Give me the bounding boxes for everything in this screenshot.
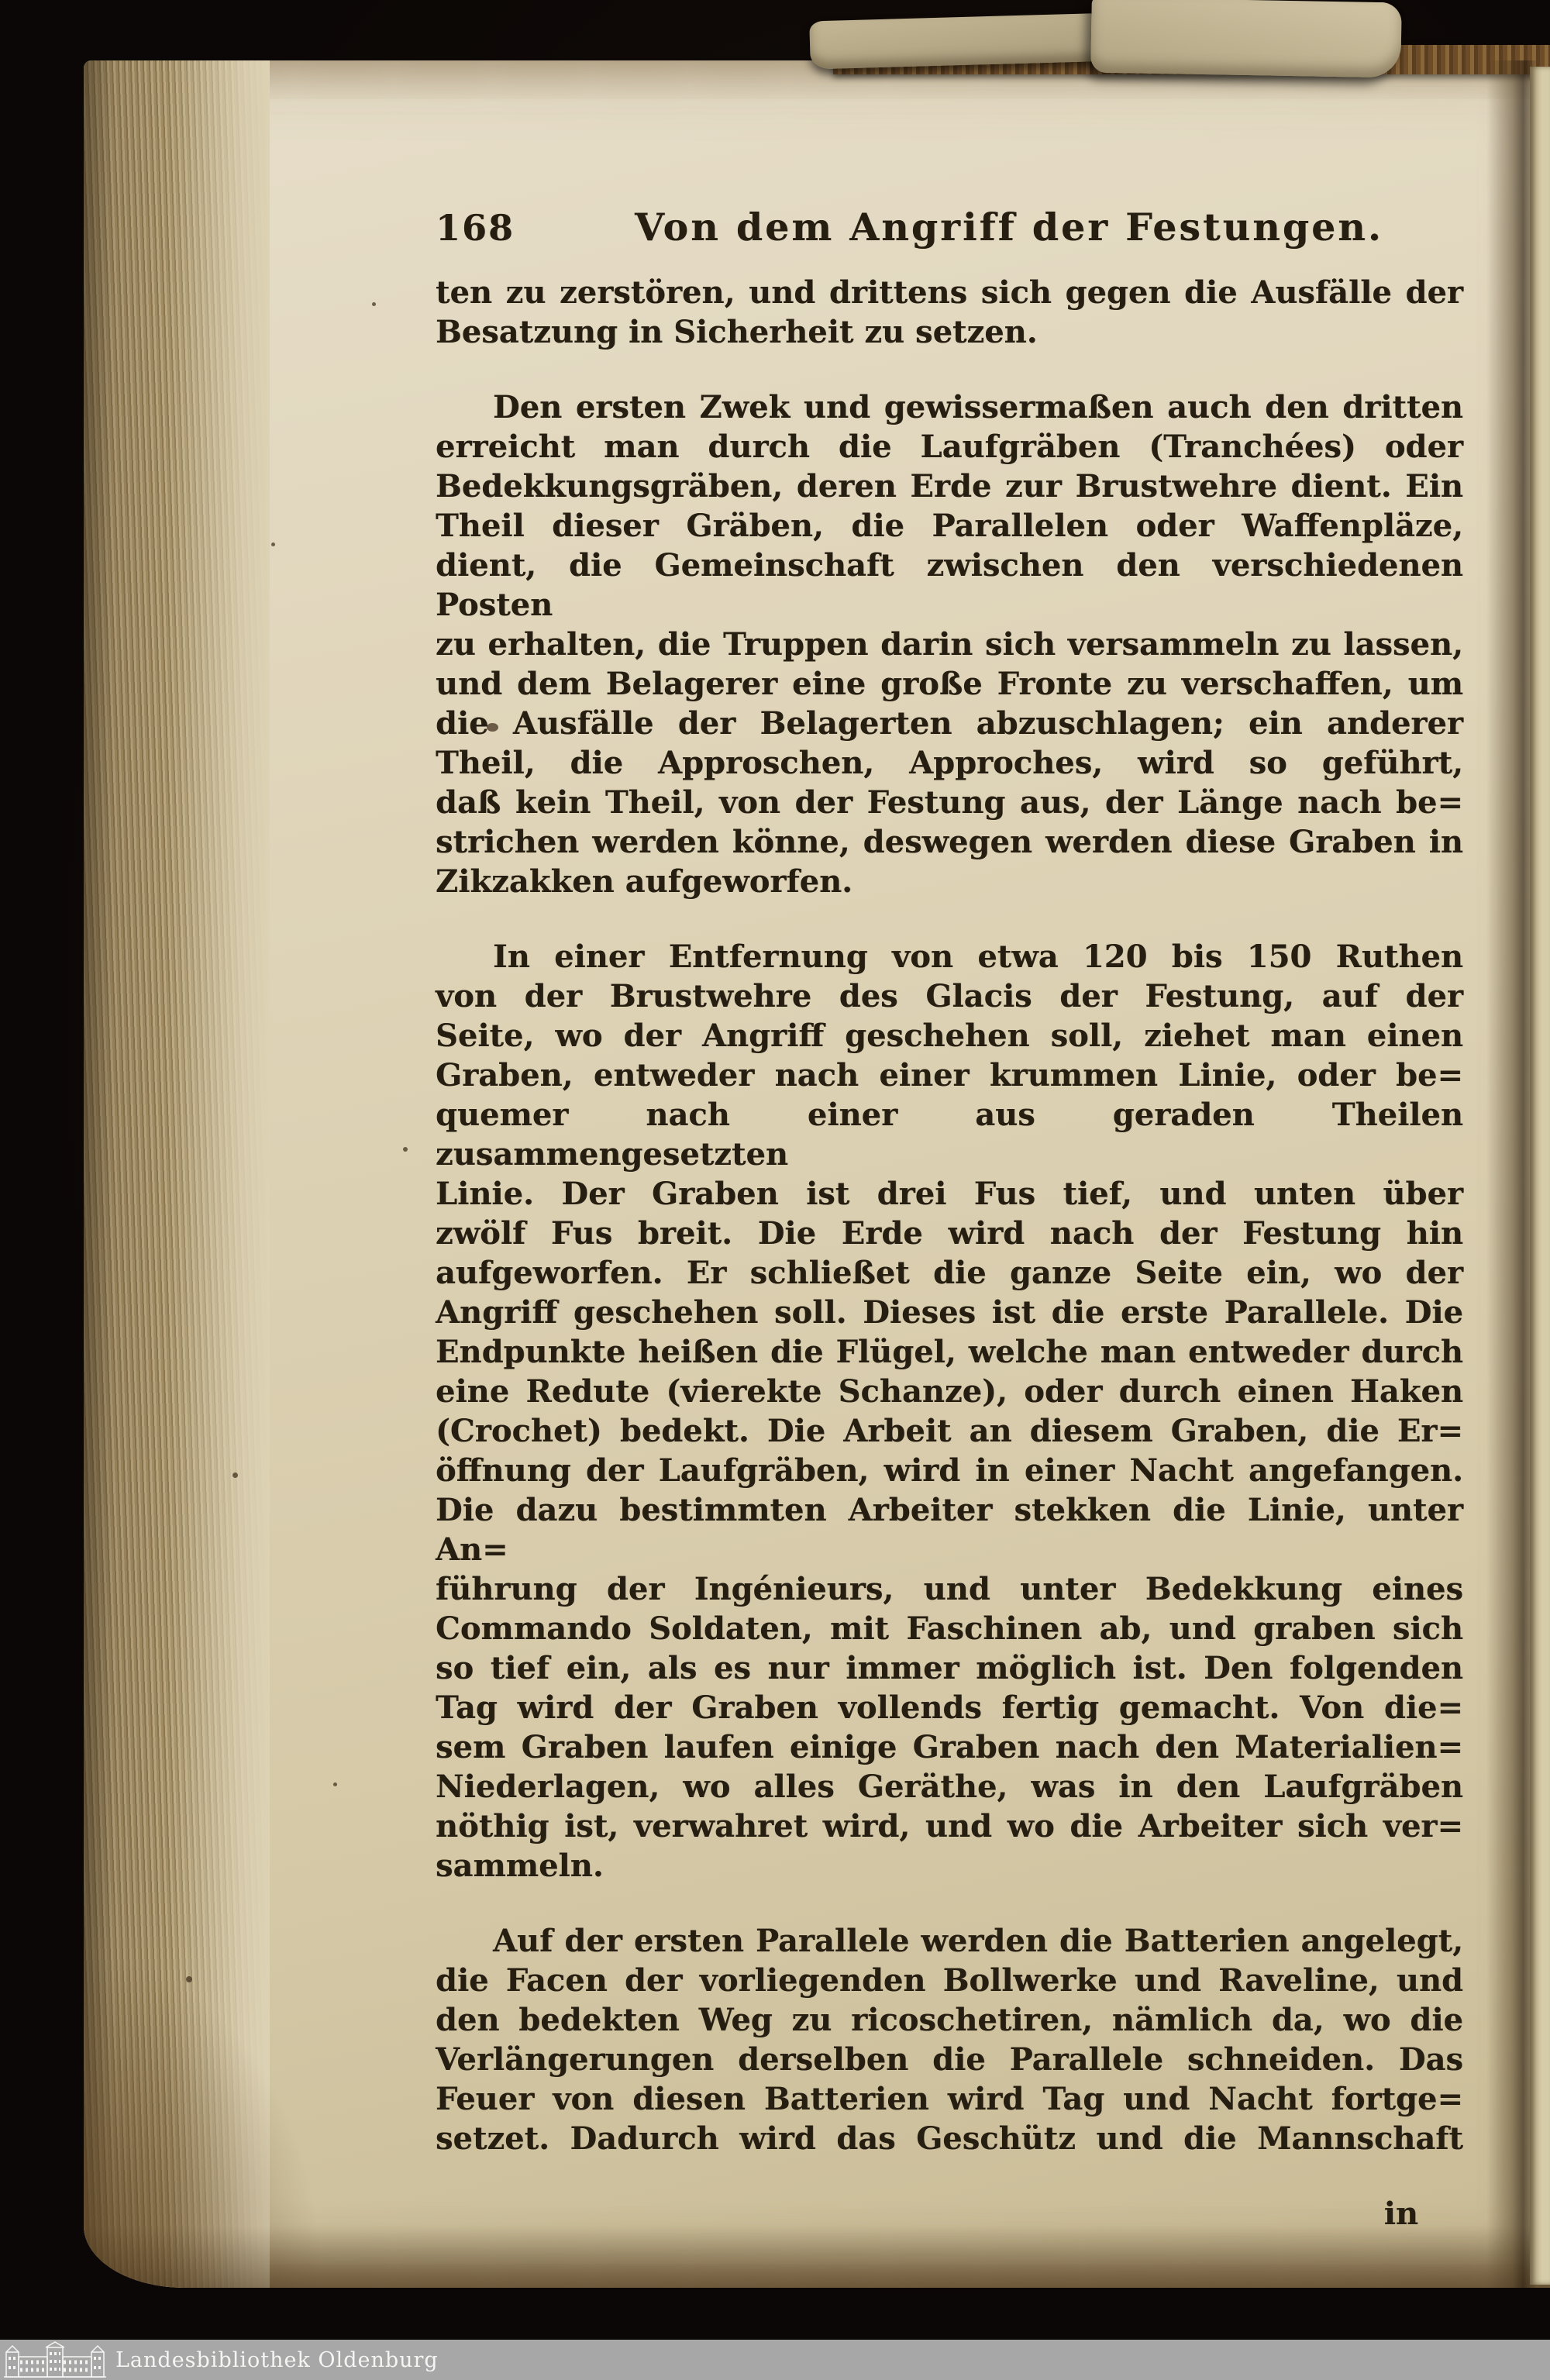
text-line: von der Brustwehre des Glacis der Festun… [436, 976, 1463, 1016]
library-building-icon [4, 2341, 106, 2378]
text-line: Commando Soldaten, mit Faschinen ab, und… [436, 1609, 1463, 1648]
text-line: Seite, wo der Angriff geschehen soll, zi… [436, 1016, 1463, 1056]
text-line: aufgeworfen. Er schließet die ganze Seit… [436, 1253, 1463, 1293]
library-name: Landesbibliothek Oldenburg [115, 2348, 439, 2372]
paragraph: Den ersten Zwek und gewissermaßen auch d… [436, 387, 1463, 901]
text-line: Endpunkte heißen die Flügel, welche man … [436, 1332, 1463, 1372]
paragraphs: ten zu zerstören, und drittens sich gege… [436, 273, 1463, 2158]
library-watermark-bar: Landesbibliothek Oldenburg [0, 2340, 1550, 2380]
text-line: eine Redute (vierekte Schanze), oder dur… [436, 1372, 1463, 1411]
text-line: zu erhalten, die Truppen darin sich vers… [436, 625, 1463, 664]
text-line: Auf der ersten Parallele werden die Batt… [436, 1921, 1463, 1961]
page-header: 168 Von dem Angriff der Festungen. [436, 208, 1463, 252]
page-bottom-shadow [84, 2226, 1550, 2288]
text-line: öffnung der Laufgräben, wird in einer Na… [436, 1451, 1463, 1490]
text-line: Niederlagen, wo alles Geräthe, was in de… [436, 1767, 1463, 1807]
ink-speck [186, 1976, 192, 1982]
printed-text-block: 168 Von dem Angriff der Festungen. ten z… [436, 208, 1463, 2234]
text-line: Linie. Der Graben ist drei Fus tief, und… [436, 1174, 1463, 1214]
paragraph: Auf der ersten Parallele werden die Batt… [436, 1921, 1463, 2158]
torn-paper-fragment [809, 13, 1114, 70]
ink-speck [232, 1472, 238, 1478]
text-line: Tag wird der Graben vollends fertig gema… [436, 1688, 1463, 1727]
text-line: sem Graben laufen einige Graben nach den… [436, 1727, 1463, 1767]
text-line: den bedekten Weg zu ricoschetiren, nämli… [436, 2000, 1463, 2040]
text-line: Zikzakken aufgeworfen. [436, 862, 1463, 901]
text-line: quemer nach einer aus geraden Theilen zu… [436, 1095, 1463, 1174]
text-line: Theil dieser Gräben, die Parallelen oder… [436, 506, 1463, 546]
text-line: und dem Belagerer eine große Fronte zu v… [436, 664, 1463, 704]
running-header: Von dem Angriff der Festungen. [635, 208, 1383, 247]
text-line: erreicht man durch die Laufgräben (Tranc… [436, 427, 1463, 467]
page-number: 168 [436, 208, 515, 248]
ink-speck [372, 302, 376, 306]
text-line: die Facen der vorliegenden Bollwerke und… [436, 1961, 1463, 2000]
text-line: strichen werden könne, deswegen werden d… [436, 822, 1463, 862]
catchword: in [436, 2194, 1463, 2234]
paragraph: In einer Entfernung von etwa 120 bis 150… [436, 937, 1463, 1886]
ink-speck [271, 542, 275, 546]
text-line: zwölf Fus breit. Die Erde wird nach der … [436, 1214, 1463, 1253]
text-line: Feuer von diesen Batterien wird Tag und … [436, 2079, 1463, 2119]
text-line: Bedekkungsgräben, deren Erde zur Brustwe… [436, 467, 1463, 506]
text-line: Den ersten Zwek und gewissermaßen auch d… [436, 387, 1463, 427]
page-gutter-shadow [1486, 60, 1536, 2288]
text-line: ten zu zerstören, und drittens sich gege… [436, 273, 1463, 312]
ink-speck [333, 1782, 337, 1786]
text-line: so tief ein, als es nur immer möglich is… [436, 1648, 1463, 1688]
text-line: sammeln. [436, 1846, 1463, 1886]
text-line: In einer Entfernung von etwa 120 bis 150… [436, 937, 1463, 976]
text-line: die Ausfälle der Belagerten abzuschlagen… [436, 704, 1463, 743]
text-line: (Crochet) bedekt. Die Arbeit an diesem G… [436, 1411, 1463, 1451]
text-line: führung der Ingénieurs, und unter Bedekk… [436, 1569, 1463, 1609]
text-line: dient, die Gemeinschaft zwischen den ver… [436, 546, 1463, 625]
paragraph: ten zu zerstören, und drittens sich gege… [436, 273, 1463, 352]
text-line: daß kein Theil, von der Festung aus, der… [436, 783, 1463, 822]
text-line: Die dazu bestimmten Arbeiter stekken die… [436, 1490, 1463, 1569]
adjacent-page-edge [1530, 67, 1550, 2285]
torn-paper-fragment [1090, 0, 1402, 77]
text-line: Besatzung in Sicherheit zu setzen. [436, 312, 1463, 352]
text-line: nöthig ist, verwahret wird, und wo die A… [436, 1807, 1463, 1846]
text-line: setzet. Dadurch wird das Geschütz und di… [436, 2119, 1463, 2158]
text-line: Theil, die Approschen, Approches, wird s… [436, 743, 1463, 783]
text-line: Verlängerungen derselben die Parallele s… [436, 2040, 1463, 2079]
text-line: Graben, entweder nach einer krummen Lini… [436, 1056, 1463, 1095]
text-line: Angriff geschehen soll. Dieses ist die e… [436, 1293, 1463, 1332]
scanned-book-photo: 168 Von dem Angriff der Festungen. ten z… [0, 0, 1550, 2380]
ink-speck [403, 1147, 408, 1152]
